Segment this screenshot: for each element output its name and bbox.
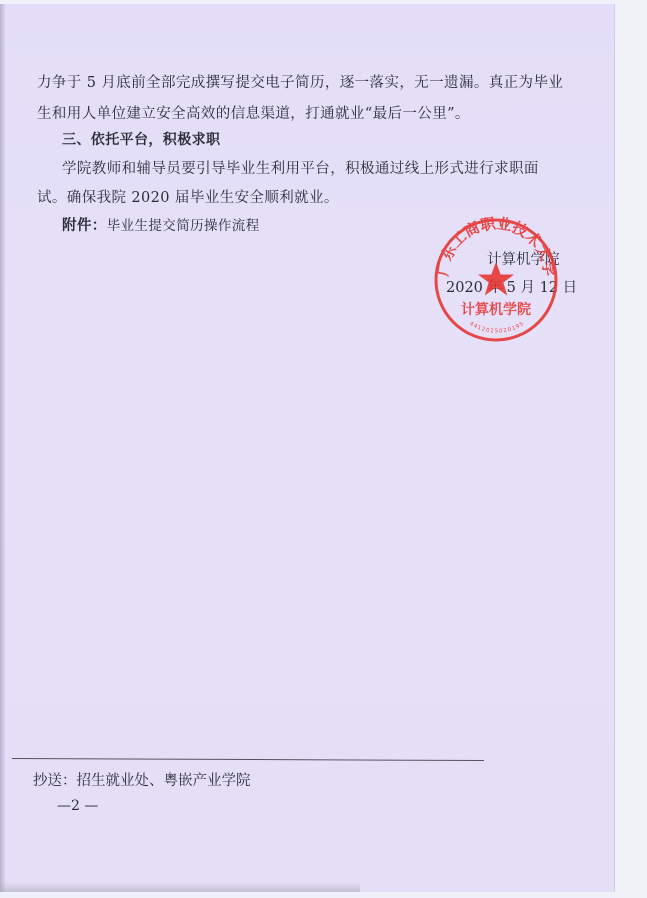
footer-divider	[12, 758, 484, 761]
paragraph-line-1: 力争于 5 月底前全部完成撰写提交电子简历，逐一落实，无一遗漏。真正为毕业	[37, 71, 563, 92]
section-body-line-2: 试。确保我院 2020 届毕业生安全顺利就业。	[37, 186, 339, 207]
section-body-line-1: 学院教师和辅导员要引导毕业生利用平台，积极通过线上形式进行求职面	[62, 157, 539, 178]
cc-recipients: 抄送：招生就业处、粤嵌产业学院	[33, 769, 251, 790]
attachment-label: 附件：	[62, 218, 107, 234]
official-seal-stamp: 广东工商职业技术大学 计算机学院 4412025020195	[432, 216, 560, 344]
seal-inner-text: 计算机学院	[461, 301, 531, 318]
attachment: 附件：毕业生提交简历操作流程	[62, 214, 260, 235]
page-number: —2 —	[57, 798, 98, 814]
section-heading: 三、依托平台，积极求职	[62, 129, 220, 149]
attachment-text: 毕业生提交简历操作流程	[107, 218, 260, 234]
seal-star-icon	[478, 262, 514, 296]
paragraph-line-2: 生和用人单位建立安全高效的信息渠道，打通就业“最后一公里”。	[37, 102, 470, 123]
seal-serial: 4412025020195	[468, 321, 526, 335]
document-page: 力争于 5 月底前全部完成撰写提交电子简历，逐一落实，无一遗漏。真正为毕业 生和…	[0, 4, 615, 892]
scan-shadow	[0, 882, 360, 892]
scan-margin	[614, 0, 647, 898]
